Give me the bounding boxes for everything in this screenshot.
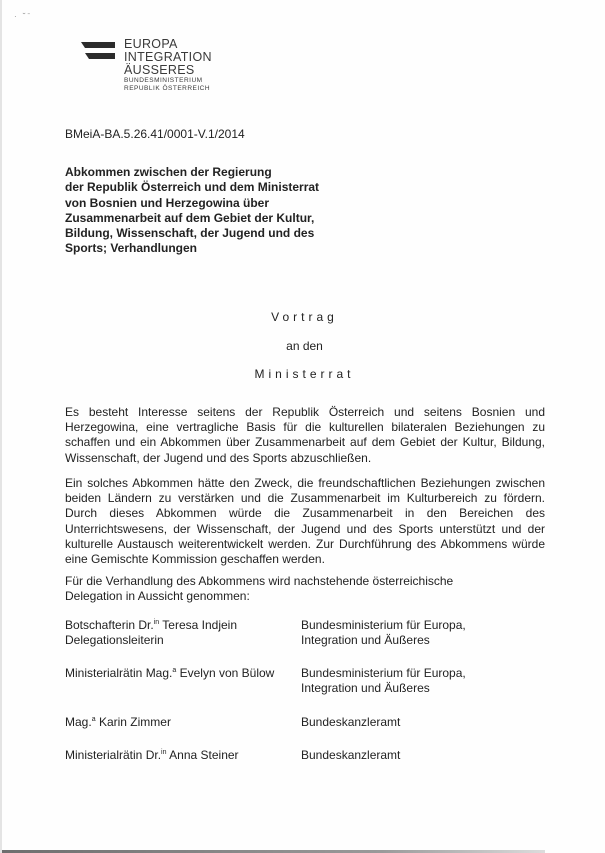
document-subject: Abkommen zwischen der Regierung der Repu… [65,165,365,257]
subject-line: Sports; Verhandlungen [65,241,365,256]
title-suffix: a [92,716,96,723]
subject-line: der Republik Österreich und dem Minister… [65,180,365,195]
letterhead-subline: BUNDESMINISTERIUM [124,77,212,85]
organization-line: Bundesministerium für Europa, [301,666,541,681]
subject-line: Abkommen zwischen der Regierung [65,165,365,180]
ministry-letterhead: EUROPA INTEGRATION ÄUSSERES BUNDESMINIST… [81,38,301,98]
subject-line: von Bosnien und Herzegowina über [65,196,365,211]
reference-number: BMeiA-BA.5.26.41/0001-V.1/2014 [65,127,245,141]
member-title: Ministerialrätin Mag. [65,666,172,680]
member-role: Delegationsleiterin [65,633,300,648]
member-name: Ministerialrätin Dr.in Anna Steiner [65,748,300,763]
letterhead-line: ÄUSSERES [124,64,212,77]
subject-line: Bildung, Wissenschaft, der Jugend und de… [65,226,365,241]
heading-ministerrat: Ministerrat [2,367,605,381]
heading-vortrag: Vortrag [2,310,605,324]
member-title: Ministerialrätin Dr. [65,748,161,762]
paragraph-1: Es besteht Interesse seitens der Republi… [65,405,545,466]
heading-an-den: an den [2,339,605,353]
member-fullname: Teresa Indjein [162,618,237,632]
title-suffix: a [172,667,176,674]
member-name: Ministerialrätin Mag.a Evelyn von Bülow [65,666,300,681]
title-suffix: in [161,749,166,756]
member-fullname: Evelyn von Bülow [180,666,275,680]
organization-line: Bundesministerium für Europa, [301,618,541,633]
member-title: Botschafterin Dr. [65,618,154,632]
member-fullname: Karin Zimmer [99,715,171,729]
member-name: Botschafterin Dr.in Teresa Indjein Deleg… [65,618,300,648]
letterhead-subline: REPUBLIK ÖSTERREICH [124,85,212,93]
member-organization: Bundeskanzleramt [301,748,541,763]
austrian-ministry-flag-bars-icon [81,42,115,62]
title-suffix: in [154,619,159,626]
organization-line: Bundeskanzleramt [301,715,541,730]
member-fullname: Anna Steiner [169,748,238,762]
subject-line: Zusammenarbeit auf dem Gebiet der Kultur… [65,211,365,226]
paragraph-3: Für die Verhandlung des Abkommens wird n… [65,574,485,604]
document-page: · ˘ˉ EUROPA INTEGRATION ÄUSSERES BUNDESM… [0,0,605,853]
member-organization: Bundesministerium für Europa, Integratio… [301,666,541,696]
member-organization: Bundeskanzleramt [301,715,541,730]
paragraph-2: Ein solches Abkommen hätte den Zweck, di… [65,476,545,567]
scan-artifact: · ˘ˉ [14,12,32,21]
member-organization: Bundesministerium für Europa, Integratio… [301,618,541,648]
member-name: Mag.a Karin Zimmer [65,715,300,730]
organization-line: Integration und Äußeres [301,681,541,696]
letterhead-text: EUROPA INTEGRATION ÄUSSERES BUNDESMINIST… [124,38,212,93]
organization-line: Integration und Äußeres [301,633,541,648]
member-title: Mag. [65,715,92,729]
organization-line: Bundeskanzleramt [301,748,541,763]
